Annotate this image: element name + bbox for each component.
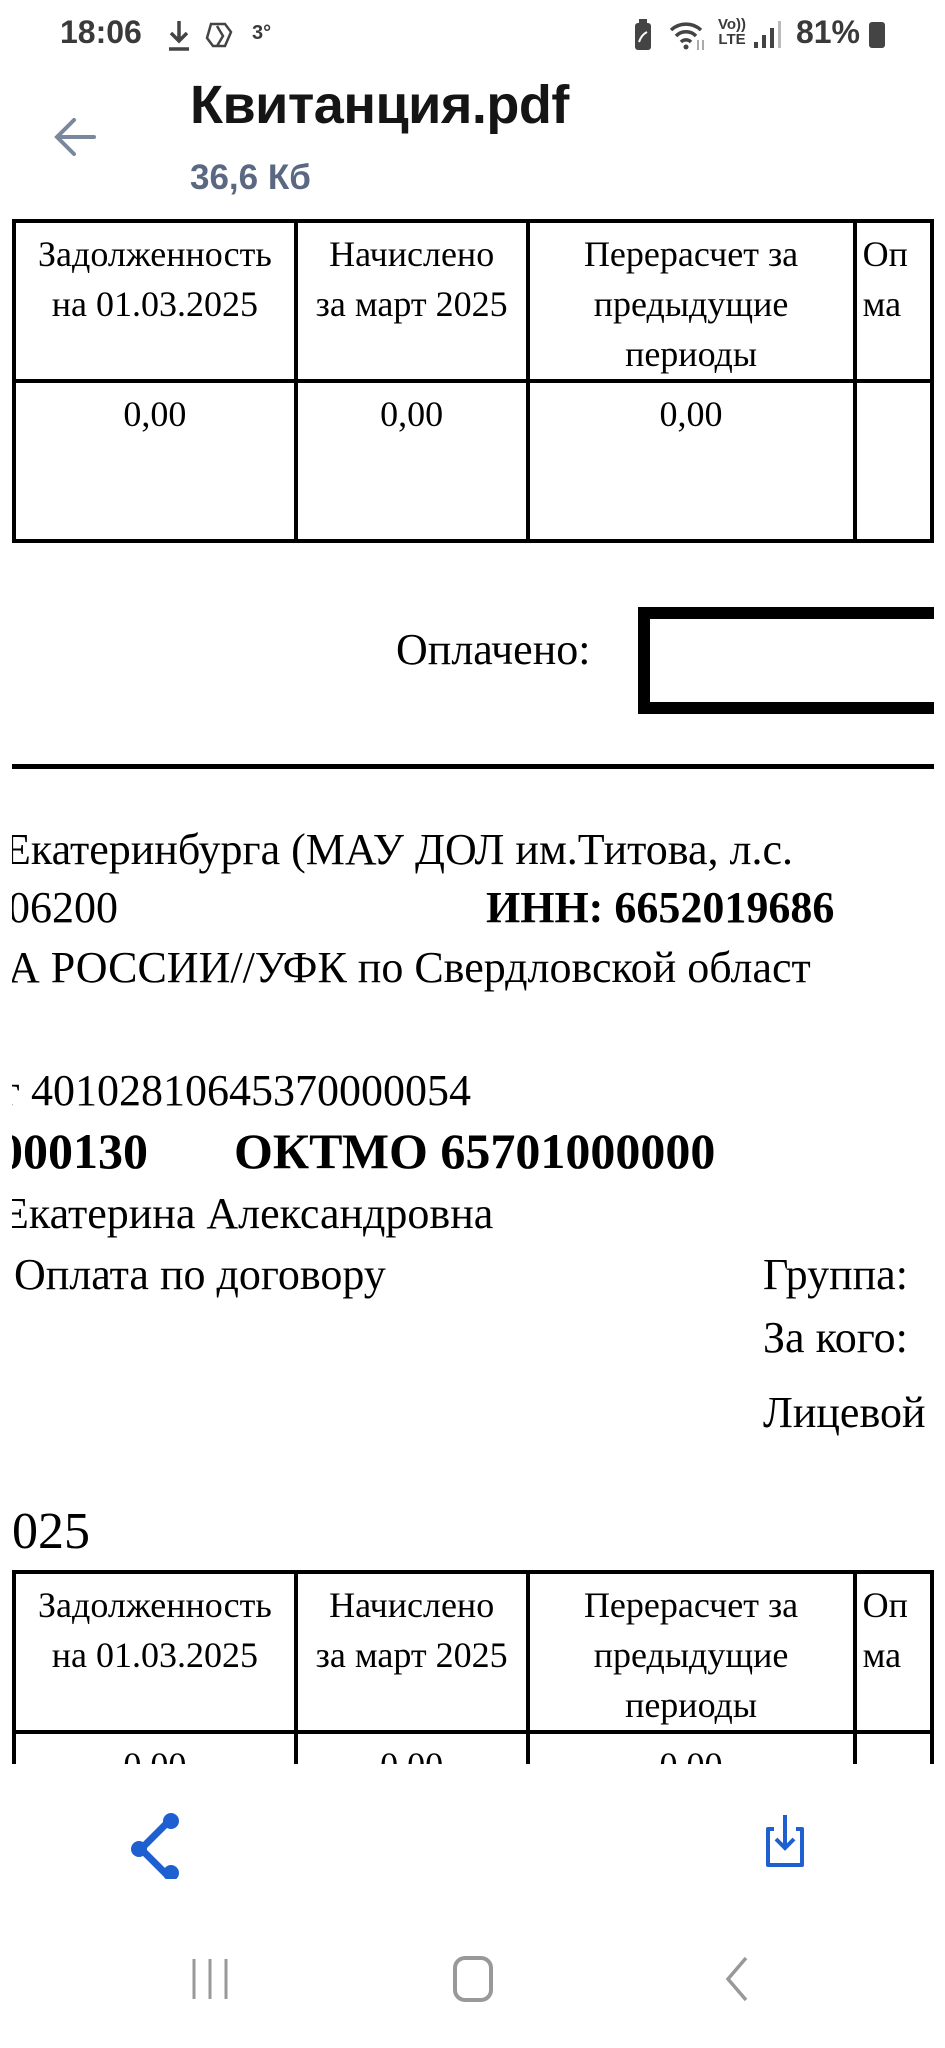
recents-icon: [185, 1954, 235, 2004]
value-paid: [855, 1732, 932, 1764]
header-recalc: Перерасчет запредыдущиепериоды: [528, 1572, 855, 1732]
value-recalc: 0,00: [528, 381, 855, 541]
download-icon: [757, 1809, 813, 1879]
battery-saver-icon: [633, 18, 653, 52]
paid-label: Оплачено:: [396, 624, 590, 675]
group-label: Группа:: [763, 1249, 908, 1300]
nav-back-button[interactable]: [718, 1954, 758, 2004]
oktmo-line: ОКТМО 65701000000: [234, 1122, 715, 1180]
value-debt: 0,00: [14, 1732, 296, 1764]
arrow-left-icon: [50, 112, 100, 162]
year-fragment: 025: [12, 1502, 90, 1561]
header-debt: Задолженностьна 01.03.2025: [14, 1572, 296, 1732]
pdf-viewport[interactable]: Задолженностьна 01.03.2025 Начисленоза м…: [12, 212, 934, 1764]
file-title: Квитанция.pdf: [190, 74, 569, 136]
purpose-line: Оплата по договору: [14, 1249, 386, 1300]
table-header-row: Задолженностьна 01.03.2025 Начисленоза м…: [14, 221, 932, 381]
bottom-toolbar: [0, 1764, 945, 2048]
header-paid: Опма: [855, 221, 932, 381]
value-recalc: 0,00: [528, 1732, 855, 1764]
volte-indicator: Vo))LTE: [716, 17, 748, 47]
copilot-icon: [203, 18, 237, 52]
value-charged: 0,00: [296, 381, 528, 541]
battery-icon: [869, 22, 885, 48]
status-time: 18:06: [60, 14, 142, 51]
back-icon: [718, 1954, 758, 2004]
table-row: 0,00 0,00 0,00: [14, 1732, 932, 1764]
payer-line: Екатерина Александровна: [12, 1188, 493, 1239]
save-button[interactable]: [757, 1809, 813, 1879]
kbk-fragment: 000130: [12, 1122, 148, 1180]
table-header-row: Задолженностьна 01.03.2025 Начисленоза м…: [14, 1572, 932, 1732]
recipient-line: Екатеринбурга (МАУ ДОЛ им.Титова, л.с.: [12, 824, 793, 875]
nav-recents-button[interactable]: [185, 1954, 235, 2004]
charges-table-2: Задолженностьна 01.03.2025 Начисленоза м…: [12, 1570, 934, 1764]
header-charged: Начисленоза март 2025: [296, 1572, 528, 1732]
back-button[interactable]: [50, 112, 100, 162]
wifi-icon: [668, 18, 708, 52]
account-number-label: Лицевой: [763, 1387, 926, 1438]
account-line: г 40102810645370000054: [12, 1065, 471, 1116]
home-icon: [448, 1954, 498, 2004]
paid-amount-box: [638, 607, 934, 714]
separator-line: [12, 764, 934, 769]
table-row: 0,00 0,00 0,00: [14, 381, 932, 541]
header-paid: Опма: [855, 1572, 932, 1732]
share-button[interactable]: [125, 1809, 185, 1879]
signal-icon: [752, 20, 782, 50]
share-icon: [125, 1809, 185, 1879]
header-charged: Начисленоза март 2025: [296, 221, 528, 381]
status-bar: 18:06 3° Vo))LTE 81%: [0, 0, 945, 70]
battery-percent: 81%: [796, 14, 860, 51]
weather-temp: 3°: [252, 22, 271, 45]
kpp-fragment: 06200: [12, 882, 118, 933]
file-size: 36,6 Кб: [190, 158, 311, 198]
value-paid: [855, 381, 932, 541]
header-recalc: Перерасчет запредыдущиепериоды: [528, 221, 855, 381]
header-debt: Задолженностьна 01.03.2025: [14, 221, 296, 381]
download-icon: [165, 18, 193, 52]
nav-home-button[interactable]: [448, 1954, 498, 2004]
value-debt: 0,00: [14, 381, 296, 541]
charges-table-1: Задолженностьна 01.03.2025 Начисленоза м…: [12, 219, 934, 543]
bank-line: А РОССИИ//УФК по Свердловской област: [12, 942, 811, 993]
inn-line: ИНН: 6652019686: [486, 882, 834, 933]
for-whom-label: За кого:: [763, 1312, 908, 1363]
value-charged: 0,00: [296, 1732, 528, 1764]
